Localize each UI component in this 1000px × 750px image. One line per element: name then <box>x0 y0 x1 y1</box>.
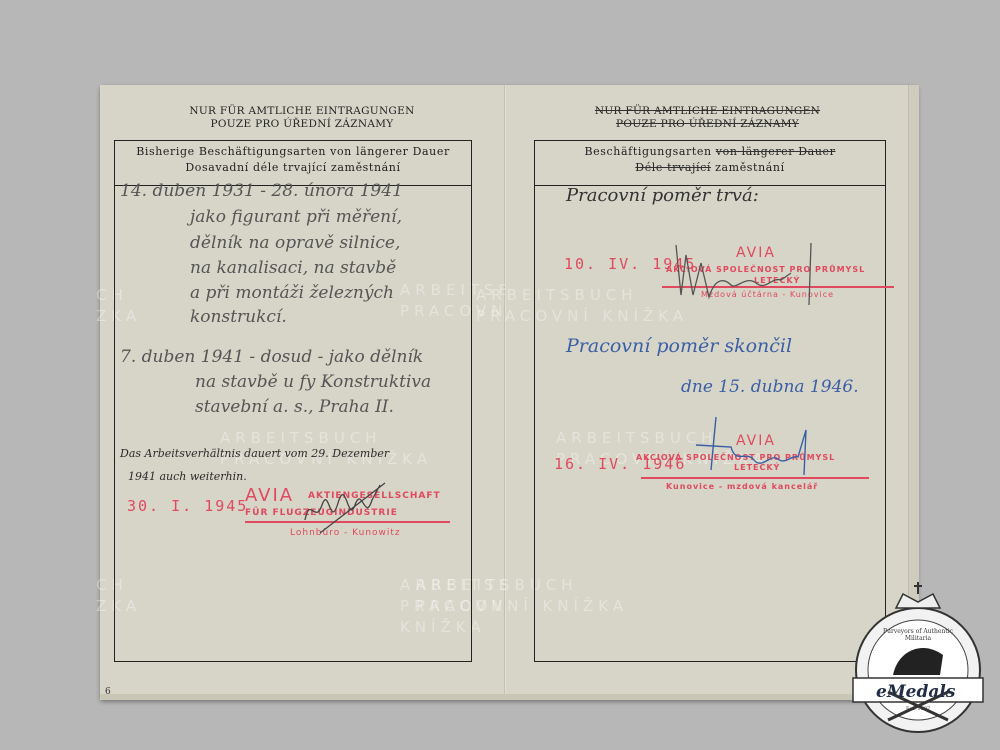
left-page-header: NUR FÜR AMTLICHE EINTRAGUNGEN POUZE PRO … <box>100 105 504 131</box>
box-title-czech: Déle trvající zaměstnání <box>535 160 885 176</box>
seal-brand: eMedals <box>876 682 955 702</box>
stamp-date: 30. I. 1945 <box>127 497 248 515</box>
box-title-czech: Dosavadní déle trvající zaměstnání <box>115 160 471 176</box>
seal-icon <box>848 580 988 740</box>
signature-icon <box>300 475 390 535</box>
entry-line: konstrukcí. <box>190 307 287 327</box>
header-line-czech: POUZE PRO ÚŘEDNÍ ZÁZNAMY <box>100 118 504 131</box>
header-line-czech: POUZE PRO ÚŘEDNÍ ZÁZNAMY <box>496 118 919 131</box>
employment-ended-note: Pracovní poměr skončil <box>566 335 792 357</box>
header-line-german: NUR FÜR AMTLICHE EINTRAGUNGEN <box>100 105 504 118</box>
entry-line: na kanalisaci, na stavbě <box>190 258 396 278</box>
box-title: Beschäftigungsarten von längerer Dauer D… <box>535 141 885 186</box>
header-line-german: NUR FÜR AMTLICHE EINTRAGUNGEN <box>496 105 919 118</box>
employment-ended-date: dne 15. dubna 1946. <box>681 377 859 397</box>
entry-line: 14. duben 1931 - 28. února 1941 <box>120 181 403 201</box>
right-page-header: NUR FÜR AMTLICHE EINTRAGUNGEN POUZE PRO … <box>496 105 919 131</box>
note-line: 1941 auch weiterhin. <box>128 470 247 483</box>
entry-line: dělník na opravě silnice, <box>190 233 400 253</box>
page-number: 6 <box>105 687 111 697</box>
employment-box: Beschäftigungsarten von längerer Dauer D… <box>534 140 886 662</box>
box-title-german: Beschäftigungsarten von längerer Dauer <box>535 144 885 160</box>
signature-icon <box>676 415 826 485</box>
entry-line: jako figurant při měření, <box>190 207 402 227</box>
signature-icon <box>671 235 851 315</box>
entry-line: stavební a. s., Praha II. <box>195 397 394 417</box>
entry-line: a při montáži železných <box>190 283 394 303</box>
seal-arc-text: Purveyors of Authentic Militaria <box>878 628 958 642</box>
emedals-seal-logo: eMedals Purveyors of Authentic Militaria… <box>848 580 988 740</box>
seal-est: Est. 1997 <box>906 706 930 712</box>
stamp-company: AVIA <box>245 485 294 506</box>
entry-line: na stavbě u fy Konstruktiva <box>195 372 431 392</box>
box-title: Bisherige Beschäftigungsarten von länger… <box>115 141 471 186</box>
entry-line: 7. duben 1941 - dosud - jako dělník <box>120 347 423 367</box>
employment-continues-note: Pracovní poměr trvá: <box>566 185 759 206</box>
box-title-german: Bisherige Beschäftigungsarten von länger… <box>115 144 471 160</box>
note-line: Das Arbeitsverhältnis dauert vom 29. Dez… <box>120 447 389 460</box>
work-book-spread: NUR FÜR AMTLICHE EINTRAGUNGEN POUZE PRO … <box>100 85 918 700</box>
